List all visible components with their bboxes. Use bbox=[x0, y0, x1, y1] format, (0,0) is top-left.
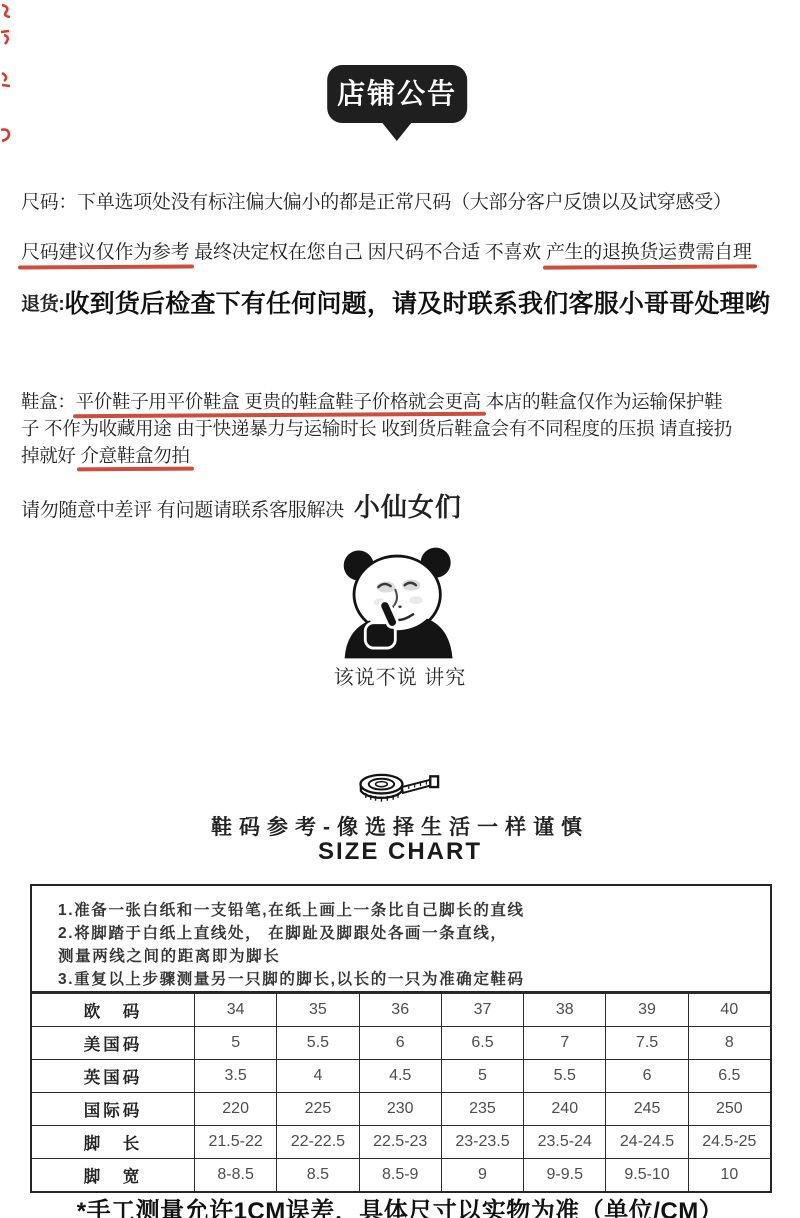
instruction-line: 2.将脚踏于白纸上直线处， 在脚趾及脚跟处各画一条直线， bbox=[58, 922, 760, 945]
size-cell: 8.5-9 bbox=[359, 1159, 441, 1191]
size-advice-paragraph: 尺码建议仅作为参考 最终决定权在您自己 因尺码不合适 不喜欢 产生的退换货运费需… bbox=[21, 237, 792, 264]
size-row-label: 欧 码 bbox=[32, 994, 194, 1026]
red-edge-mark-icon bbox=[0, 71, 13, 88]
review-paragraph: 请勿随意中差评 有问题请联系客服解决小仙女们 bbox=[21, 487, 792, 524]
size-cell: 10 bbox=[688, 1159, 770, 1191]
advice-middle-text: 最终决定权在您自己 因尺码不合适 不喜欢 bbox=[189, 242, 546, 263]
announcement-bubble: 店铺公告 bbox=[327, 65, 467, 123]
size-cell: 24-24.5 bbox=[605, 1126, 687, 1158]
table-row-foot-width: 脚 宽 8-8.5 8.5 8.5-9 9 9-9.5 9.5-10 10 bbox=[32, 1158, 770, 1191]
size-cell: 34 bbox=[194, 994, 276, 1026]
size-chart-table: 1.准备一张白纸和一支铅笔,在纸上画上一条比自己脚长的直线 2.将脚踏于白纸上直… bbox=[30, 884, 772, 1193]
measurement-footnote: *手工测量允许1CM误差，具体尺寸以实物为准（单位/CM） bbox=[0, 1191, 800, 1218]
review-suffix: 小仙女们 bbox=[354, 492, 462, 522]
size-cell: 250 bbox=[688, 1093, 770, 1125]
advice-underlined-left: 尺码建议仅作为参考 bbox=[21, 242, 189, 263]
size-chart-title-en: SIZE CHART bbox=[0, 838, 800, 866]
size-cell: 6 bbox=[605, 1060, 687, 1092]
size-cell: 23.5-24 bbox=[523, 1126, 605, 1158]
size-cell: 5 bbox=[441, 1060, 523, 1092]
instruction-line: 1.准备一张白纸和一支铅笔,在纸上画上一条比自己脚长的直线 bbox=[58, 899, 760, 922]
size-cell: 5.5 bbox=[523, 1060, 605, 1092]
size-cell: 37 bbox=[441, 994, 523, 1026]
table-row-eu: 欧 码 34 35 36 37 38 39 40 bbox=[32, 993, 770, 1026]
size-cell: 35 bbox=[276, 994, 358, 1026]
size-cell: 235 bbox=[441, 1093, 523, 1125]
instruction-line: 测量两线之间的距离即为脚长 bbox=[58, 945, 760, 968]
announcement-bubble-label: 店铺公告 bbox=[337, 78, 457, 109]
table-row-intl: 国际码 220 225 230 235 240 245 250 bbox=[32, 1092, 770, 1125]
size-chart-title-cn: 鞋码参考-像选择生活一样谨慎 bbox=[0, 811, 800, 841]
size-paragraph-text: 下单选项处没有标注偏大偏小的都是正常尺码（大部分客户反馈以及试穿感受） bbox=[77, 192, 732, 213]
red-edge-mark-icon bbox=[0, 3, 14, 19]
measurement-instructions: 1.准备一张白纸和一支铅笔,在纸上画上一条比自己脚长的直线 2.将脚踏于白纸上直… bbox=[32, 886, 770, 993]
table-row-foot-length: 脚 长 21.5-22 22-22.5 22.5-23 23-23.5 23.5… bbox=[32, 1125, 770, 1158]
panda-thumbs-up-meme bbox=[339, 547, 461, 659]
size-paragraph-label: 尺码： bbox=[21, 192, 77, 213]
size-row-label: 英国码 bbox=[32, 1060, 194, 1092]
measuring-tape-icon bbox=[358, 773, 442, 807]
bubble-tail bbox=[381, 121, 413, 141]
shoebox-underlined-2: 介意鞋盒勿拍 bbox=[80, 445, 189, 466]
size-cell: 40 bbox=[688, 994, 770, 1026]
size-cell: 4 bbox=[276, 1060, 358, 1092]
size-cell: 22-22.5 bbox=[276, 1126, 358, 1158]
size-cell: 23-23.5 bbox=[441, 1126, 523, 1158]
instruction-line: 3.重复以上步骤测量另一只脚的脚长,以长的一只为准确定鞋码 bbox=[58, 968, 760, 991]
size-cell: 6.5 bbox=[441, 1027, 523, 1059]
size-cell: 230 bbox=[359, 1093, 441, 1125]
shoebox-underlined-1: 平价鞋子用平价鞋盒 更贵的鞋盒鞋子价格就会更高 bbox=[76, 391, 481, 412]
size-row-label: 脚 宽 bbox=[32, 1159, 194, 1191]
shoebox-line1: 鞋盒：平价鞋子用平价鞋盒 更贵的鞋盒鞋子价格就会更高 本店的鞋盒仅作为运输保护鞋 bbox=[21, 388, 792, 415]
table-row-uk: 英国码 3.5 4 4.5 5 5.5 6 6.5 bbox=[32, 1059, 770, 1092]
review-text: 请勿随意中差评 有问题请联系客服解决 bbox=[21, 500, 344, 521]
advice-underlined-right: 产生的退换货运费需自理 bbox=[546, 242, 752, 263]
returns-label: 退货: bbox=[21, 294, 64, 315]
shoebox-line3: 掉就好 介意鞋盒勿拍 bbox=[21, 442, 792, 469]
size-cell: 9.5-10 bbox=[605, 1159, 687, 1191]
size-cell: 5 bbox=[194, 1027, 276, 1059]
size-cell: 225 bbox=[276, 1093, 358, 1125]
size-cell: 240 bbox=[523, 1093, 605, 1125]
size-cell: 39 bbox=[605, 994, 687, 1026]
shoebox-paragraph: 鞋盒：平价鞋子用平价鞋盒 更贵的鞋盒鞋子价格就会更高 本店的鞋盒仅作为运输保护鞋… bbox=[21, 388, 792, 469]
size-cell: 6.5 bbox=[688, 1060, 770, 1092]
size-cell: 8.5 bbox=[276, 1159, 358, 1191]
size-cell: 22.5-23 bbox=[359, 1126, 441, 1158]
size-cell: 8-8.5 bbox=[194, 1159, 276, 1191]
size-cell: 7 bbox=[523, 1027, 605, 1059]
shoebox-line1-rest: 本店的鞋盒仅作为运输保护鞋 bbox=[481, 391, 722, 412]
shoebox-label: 鞋盒： bbox=[21, 391, 76, 412]
size-cell: 36 bbox=[359, 994, 441, 1026]
size-row-label: 脚 长 bbox=[32, 1126, 194, 1158]
size-paragraph: 尺码：下单选项处没有标注偏大偏小的都是正常尺码（大部分客户反馈以及试穿感受） bbox=[21, 187, 792, 214]
size-row-label: 国际码 bbox=[32, 1093, 194, 1125]
store-announcement-page: 店铺公告 尺码：下单选项处没有标注偏大偏小的都是正常尺码（大部分客户反馈以及试穿… bbox=[0, 0, 800, 1218]
size-cell: 7.5 bbox=[605, 1027, 687, 1059]
size-cell: 245 bbox=[605, 1093, 687, 1125]
table-row-us: 美国码 5 5.5 6 6.5 7 7.5 8 bbox=[32, 1026, 770, 1059]
size-cell: 3.5 bbox=[194, 1060, 276, 1092]
size-cell: 5.5 bbox=[276, 1027, 358, 1059]
size-cell: 9 bbox=[441, 1159, 523, 1191]
size-cell: 4.5 bbox=[359, 1060, 441, 1092]
red-edge-mark-icon bbox=[0, 29, 14, 46]
size-row-label: 美国码 bbox=[32, 1027, 194, 1059]
size-cell: 6 bbox=[359, 1027, 441, 1059]
size-cell: 24.5-25 bbox=[688, 1126, 770, 1158]
shoebox-line2: 子 不作为收藏用途 由于快递暴力与运输时长 收到货后鞋盒会有不同程度的压损 请直… bbox=[21, 415, 792, 442]
size-cell: 220 bbox=[194, 1093, 276, 1125]
size-cell: 9-9.5 bbox=[523, 1159, 605, 1191]
red-edge-mark-icon bbox=[0, 126, 13, 143]
shoebox-line3-prefix: 掉就好 bbox=[21, 445, 80, 466]
meme-caption: 该说不说 讲究 bbox=[0, 661, 800, 690]
size-cell: 8 bbox=[688, 1027, 770, 1059]
size-cell: 21.5-22 bbox=[194, 1126, 276, 1158]
size-cell: 38 bbox=[523, 994, 605, 1026]
returns-paragraph: 退货:收到货后检查下有任何问题，请及时联系我们客服小哥哥处理哟 bbox=[21, 284, 792, 320]
returns-text: 收到货后检查下有任何问题，请及时联系我们客服小哥哥处理哟 bbox=[64, 290, 770, 318]
